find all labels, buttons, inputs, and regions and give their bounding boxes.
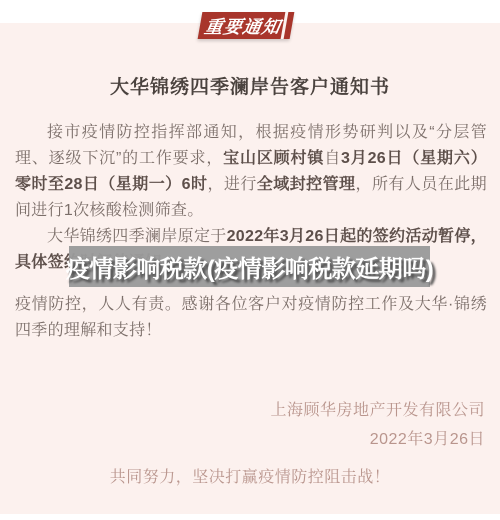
bottom-slogan: 共同努力，坚决打赢疫情防控阻击战！ (0, 465, 500, 491)
notice-page: 重要通知 大华锦绣四季澜岸告客户通知书 接市疫情防控指挥部通知，根据疫情形势研判… (0, 0, 500, 520)
signature-company: 上海顾华房地产开发有限公司 (270, 396, 485, 425)
paragraph-segment: 自 (324, 150, 341, 167)
headline-overlay-band: 疫情影响税款(疫情影响税款延期吗) (69, 246, 430, 287)
paragraph-segment: 大华锦绣四季澜岸原定于 (47, 228, 227, 245)
headline-overlay-title: 疫情影响税款(疫情影响税款延期吗) (66, 249, 433, 284)
notice-paragraph: 接市疫情防控指挥部通知，根据疫情形势研判以及“分层管理、逐级下沉”的工作要求，宝… (15, 120, 487, 224)
important-notice-ribbon: 重要通知 (198, 12, 295, 39)
paragraph-segment: ，进行 (207, 176, 256, 193)
notice-paragraph: 疫情防控，人人有责。感谢各位客户对疫情防控工作及大华·锦绣四季的理解和支持！ (15, 292, 487, 344)
ribbon-label: 重要通知 (198, 13, 284, 39)
paragraph-segment: 疫情防控，人人有责。感谢各位客户对疫情防控工作及大华·锦绣四季的理解和支持！ (15, 296, 487, 339)
paragraph-bold-segment: 宝山区顾村镇 (223, 150, 324, 167)
signature-block: 上海顾华房地产开发有限公司 2022年3月26日 (270, 396, 485, 454)
signature-date: 2022年3月26日 (270, 425, 485, 454)
paragraph-bold-segment: 全域封控管理 (257, 176, 356, 193)
